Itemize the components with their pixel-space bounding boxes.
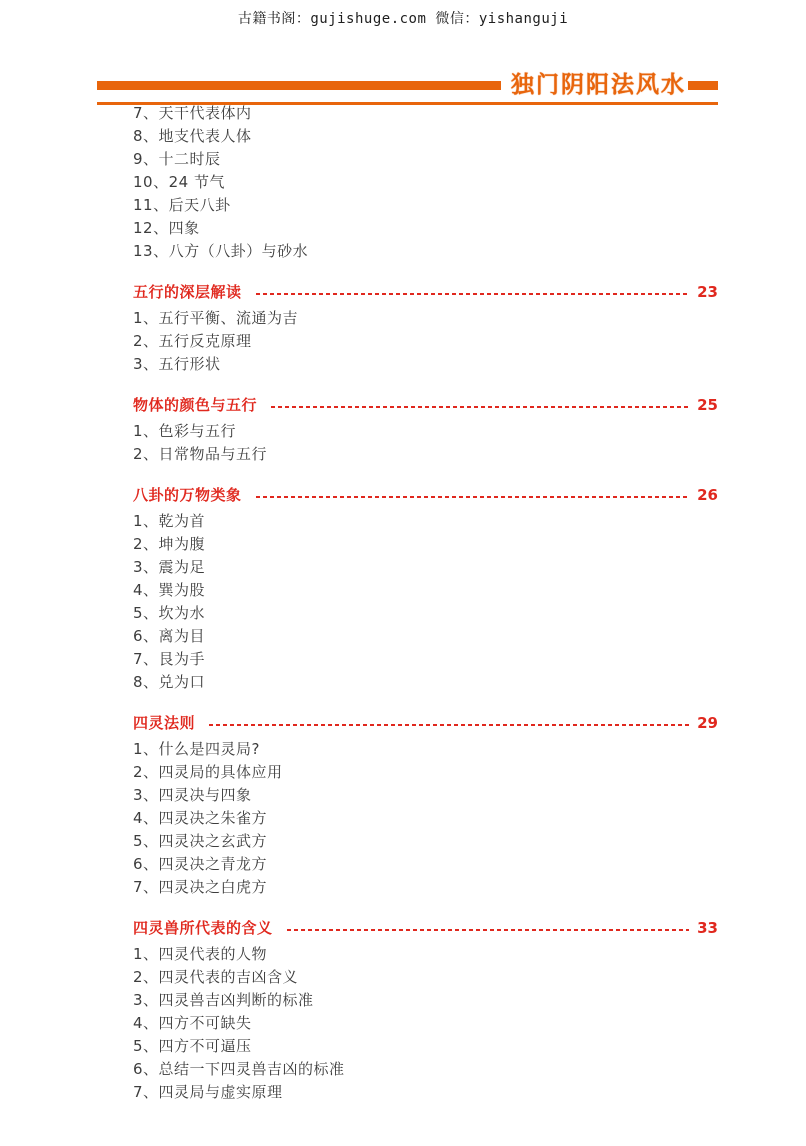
section-heading: 四灵兽所代表的含义 33 — [133, 917, 718, 940]
toc-item: 1、什么是四灵局? — [133, 738, 718, 761]
toc-item: 3、四灵兽吉凶判断的标准 — [133, 989, 718, 1012]
toc-item: 4、四方不可缺失 — [133, 1012, 718, 1035]
watermark-note: 古籍书阁：gujishuge.com 微信：yishanguji — [0, 8, 806, 28]
banner-row: 独门阴阳法风水 — [97, 68, 718, 96]
section-title: 五行的深层解读 — [133, 281, 242, 304]
page-number: 33 — [697, 917, 718, 940]
toc-item: 9、十二时辰 — [133, 148, 718, 171]
toc-item: 1、色彩与五行 — [133, 420, 718, 443]
toc-item: 3、四灵决与四象 — [133, 784, 718, 807]
toc-item: 5、四方不可逼压 — [133, 1035, 718, 1058]
page-number: 26 — [697, 484, 718, 507]
section-title: 四灵法则 — [133, 712, 195, 735]
section-heading: 四灵法则 29 — [133, 712, 718, 735]
toc-item: 2、四灵局的具体应用 — [133, 761, 718, 784]
toc-item: 10、24 节气 — [133, 171, 718, 194]
toc-item: 13、八方（八卦）与砂水 — [133, 240, 718, 263]
toc-section: 四灵兽所代表的含义 33 1、四灵代表的人物 2、四灵代表的吉凶含义 3、四灵兽… — [133, 917, 718, 1104]
book-title: 独门阴阳法风水 — [511, 66, 686, 99]
toc-item: 3、震为足 — [133, 556, 718, 579]
toc-item: 2、坤为腹 — [133, 533, 718, 556]
leader-line — [209, 724, 689, 726]
section-heading: 五行的深层解读 23 — [133, 281, 718, 304]
toc-item: 3、五行形状 — [133, 353, 718, 376]
toc-item: 1、五行平衡、流通为吉 — [133, 307, 718, 330]
toc-item: 7、四灵决之白虎方 — [133, 876, 718, 899]
section-title: 八卦的万物类象 — [133, 484, 242, 507]
leader-line — [256, 496, 690, 498]
toc-item: 7、四灵局与虚实原理 — [133, 1081, 718, 1104]
toc-section: 五行的深层解读 23 1、五行平衡、流通为吉 2、五行反克原理 3、五行形状 — [133, 281, 718, 376]
page-number: 23 — [697, 281, 718, 304]
toc-section: 四灵法则 29 1、什么是四灵局? 2、四灵局的具体应用 3、四灵决与四象 4、… — [133, 712, 718, 899]
toc-item: 6、离为目 — [133, 625, 718, 648]
leader-line — [271, 406, 689, 408]
toc-item: 12、四象 — [133, 217, 718, 240]
toc-item: 2、四灵代表的吉凶含义 — [133, 966, 718, 989]
page-number: 29 — [697, 712, 718, 735]
section-heading: 物体的颜色与五行 25 — [133, 394, 718, 417]
leader-line — [287, 929, 690, 931]
toc-item: 4、巽为股 — [133, 579, 718, 602]
toc-section: 八卦的万物类象 26 1、乾为首 2、坤为腹 3、震为足 4、巽为股 5、坎为水… — [133, 484, 718, 694]
section-heading: 八卦的万物类象 26 — [133, 484, 718, 507]
toc-item: 7、天干代表体内 — [133, 102, 718, 125]
banner-bar-right — [688, 81, 718, 90]
toc-item: 11、后天八卦 — [133, 194, 718, 217]
banner-bar-left — [97, 81, 501, 90]
toc-item: 1、乾为首 — [133, 510, 718, 533]
toc-item: 2、五行反克原理 — [133, 330, 718, 353]
toc-item: 5、四灵决之玄武方 — [133, 830, 718, 853]
page-number: 25 — [697, 394, 718, 417]
toc-item: 2、日常物品与五行 — [133, 443, 718, 466]
section-title: 四灵兽所代表的含义 — [133, 917, 273, 940]
toc-section: 物体的颜色与五行 25 1、色彩与五行 2、日常物品与五行 — [133, 394, 718, 466]
leader-line — [256, 293, 690, 295]
section-title: 物体的颜色与五行 — [133, 394, 257, 417]
toc-item: 4、四灵决之朱雀方 — [133, 807, 718, 830]
toc-item: 7、艮为手 — [133, 648, 718, 671]
toc-item: 5、坎为水 — [133, 602, 718, 625]
header-banner: 独门阴阳法风水 — [97, 68, 718, 105]
toc-item: 8、兑为口 — [133, 671, 718, 694]
toc-item: 6、四灵决之青龙方 — [133, 853, 718, 876]
toc-item: 8、地支代表人体 — [133, 125, 718, 148]
toc-item: 6、总结一下四灵兽吉凶的标准 — [133, 1058, 718, 1081]
scanned-book-page: 古籍书阁：gujishuge.com 微信：yishanguji 独门阴阳法风水… — [0, 0, 806, 1146]
toc-item: 1、四灵代表的人物 — [133, 943, 718, 966]
table-of-contents: 7、天干代表体内 8、地支代表人体 9、十二时辰 10、24 节气 11、后天八… — [133, 102, 718, 1104]
